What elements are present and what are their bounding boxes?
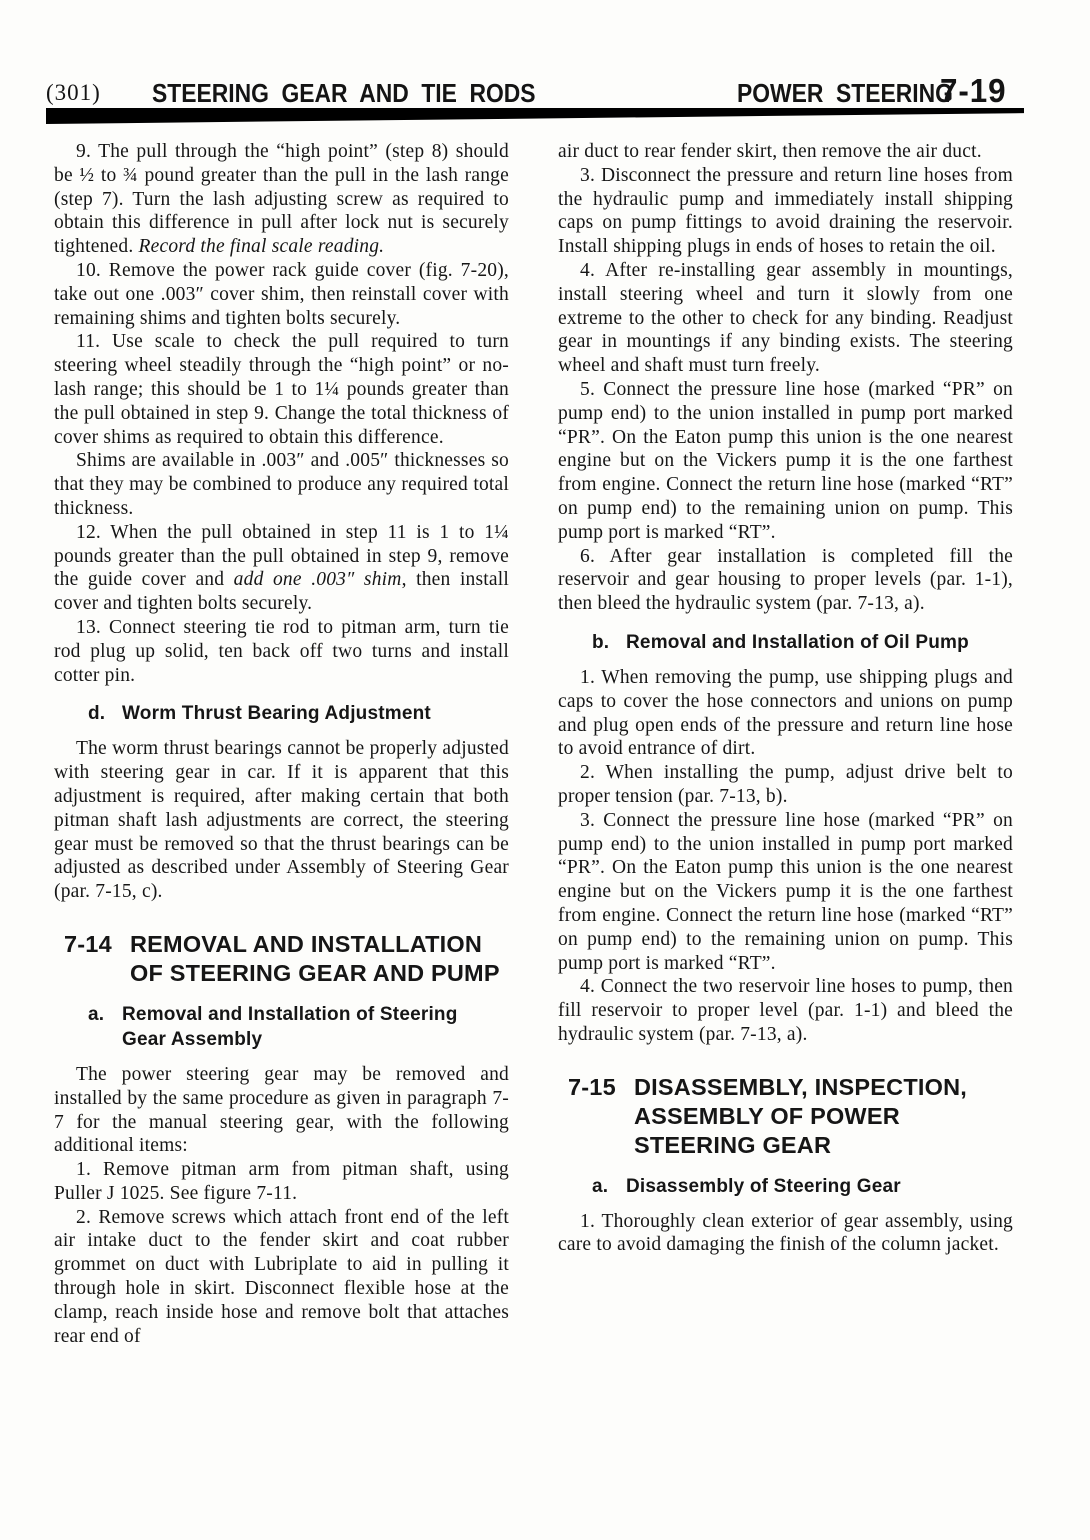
page-number: 7-19 bbox=[940, 72, 1007, 110]
paragraph-removal-step-3: 3. Disconnect the pressure and return li… bbox=[558, 164, 1013, 259]
section-title-line: OF STEERING GEAR AND PUMP bbox=[130, 959, 509, 988]
paragraph-removal-step-4: 4. After re-installing gear assembly in … bbox=[558, 259, 1013, 378]
section-heading-7-14: 7-14 REMOVAL AND INSTALLATION OF STEERIN… bbox=[64, 930, 509, 988]
paragraph-removal-step-5: 5. Connect the pressure line hose (marke… bbox=[558, 378, 1013, 545]
paragraph-pump-step-2: 2. When installing the pump, adjust driv… bbox=[558, 761, 1013, 809]
manual-page: (301) STEERING GEAR AND TIE RODS POWER S… bbox=[0, 0, 1090, 1540]
heading-worm-thrust-bearing-adjustment: d. Worm Thrust Bearing Adjustment bbox=[88, 701, 509, 726]
section-title-line: DISASSEMBLY, INSPECTION, bbox=[634, 1073, 1013, 1102]
paragraph-step-13: 13. Connect steering tie rod to pitman a… bbox=[54, 616, 509, 687]
heading-label: a. bbox=[88, 1002, 122, 1052]
running-head-subsection-title: POWER STEERING bbox=[737, 78, 953, 109]
heading-text: Removal and Installation of Steering Gea… bbox=[122, 1002, 509, 1052]
heading-text: Worm Thrust Bearing Adjustment bbox=[122, 701, 509, 726]
heading-label: d. bbox=[88, 701, 122, 726]
section-title-line: STEERING GEAR bbox=[634, 1131, 1013, 1160]
heading-disassembly-of-steering-gear: a. Disassembly of Steering Gear bbox=[592, 1174, 1013, 1199]
right-column: air duct to rear fender skirt, then remo… bbox=[558, 140, 1013, 1348]
heading-removal-installation-steering-gear: a. Removal and Installation of Steering … bbox=[88, 1002, 509, 1052]
paragraph-pump-step-4: 4. Connect the two reservoir line hoses … bbox=[558, 975, 1013, 1046]
running-head-section-title: STEERING GEAR AND TIE RODS bbox=[152, 78, 536, 109]
text-columns: 9. The pull through the “high point” (st… bbox=[54, 140, 1013, 1348]
heading-line: Removal and Installation of Oil Pump bbox=[626, 630, 1013, 655]
paragraph-step-9: 9. The pull through the “high point” (st… bbox=[54, 140, 509, 259]
page-folio-number: (301) bbox=[46, 80, 101, 106]
section-title: DISASSEMBLY, INSPECTION, ASSEMBLY OF POW… bbox=[634, 1073, 1013, 1160]
heading-removal-installation-oil-pump: b. Removal and Installation of Oil Pump bbox=[592, 630, 1013, 655]
left-column: 9. The pull through the “high point” (st… bbox=[54, 140, 509, 1348]
step-9-italic-note: Record the final scale reading. bbox=[139, 236, 385, 257]
heading-line: Removal and Installation of Steering bbox=[122, 1002, 509, 1027]
paragraph-step-10: 10. Remove the power rack guide cover (f… bbox=[54, 259, 509, 330]
heading-label: a. bbox=[592, 1174, 626, 1199]
paragraph-removal-step-1: 1. Remove pitman arm from pitman shaft, … bbox=[54, 1158, 509, 1206]
heading-text: Removal and Installation of Oil Pump bbox=[626, 630, 1013, 655]
paragraph-step-2-continuation: air duct to rear fender skirt, then remo… bbox=[558, 140, 1013, 164]
paragraph-worm-bearings: The worm thrust bearings cannot be prope… bbox=[54, 737, 509, 904]
paragraph-shims: Shims are available in .003″ and .005″ t… bbox=[54, 449, 509, 520]
heading-line: Disassembly of Steering Gear bbox=[626, 1174, 1013, 1199]
heading-label: b. bbox=[592, 630, 626, 655]
heading-text: Disassembly of Steering Gear bbox=[626, 1174, 1013, 1199]
section-heading-7-15: 7-15 DISASSEMBLY, INSPECTION, ASSEMBLY O… bbox=[568, 1073, 1013, 1160]
paragraph-removal-step-2: 2. Remove screws which attach front end … bbox=[54, 1206, 509, 1349]
paragraph-step-11: 11. Use scale to check the pull required… bbox=[54, 330, 509, 449]
paragraph-removal-step-6: 6. After gear installation is completed … bbox=[558, 545, 1013, 616]
section-title-line: ASSEMBLY OF POWER bbox=[634, 1102, 1013, 1131]
heading-line: Gear Assembly bbox=[122, 1027, 509, 1052]
section-title: REMOVAL AND INSTALLATION OF STEERING GEA… bbox=[130, 930, 509, 988]
section-number: 7-14 bbox=[64, 930, 130, 988]
heading-line: Worm Thrust Bearing Adjustment bbox=[122, 701, 509, 726]
section-title-line: REMOVAL AND INSTALLATION bbox=[130, 930, 509, 959]
step-12-italic-note: add one .003″ shim bbox=[234, 569, 402, 590]
paragraph-gear-removal-intro: The power steering gear may be removed a… bbox=[54, 1063, 509, 1158]
paragraph-pump-step-3: 3. Connect the pressure line hose (marke… bbox=[558, 809, 1013, 976]
paragraph-disassembly-step-1: 1. Thoroughly clean exterior of gear ass… bbox=[558, 1210, 1013, 1258]
paragraph-step-12: 12. When the pull obtained in step 11 is… bbox=[54, 521, 509, 616]
header-rule bbox=[46, 108, 1024, 124]
paragraph-pump-step-1: 1. When removing the pump, use shipping … bbox=[558, 666, 1013, 761]
section-number: 7-15 bbox=[568, 1073, 634, 1160]
